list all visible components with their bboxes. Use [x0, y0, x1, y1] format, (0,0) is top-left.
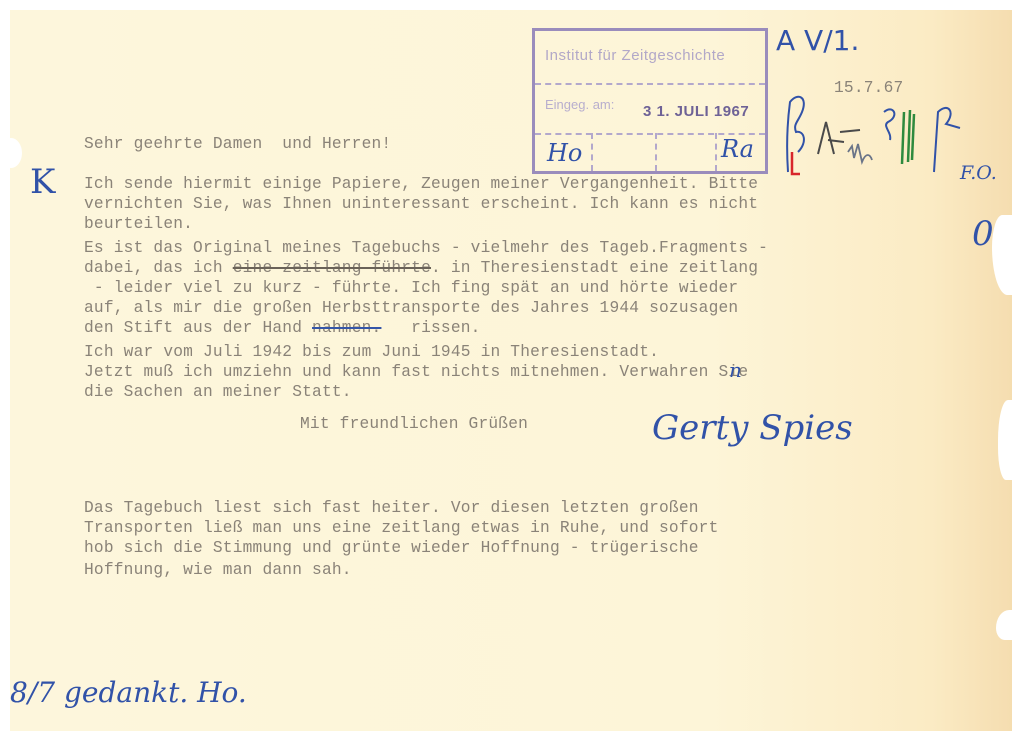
closing: Mit freundlichen Grüßen: [300, 414, 528, 434]
text-segment: . in Theresienstadt eine zeitlang: [431, 259, 758, 277]
struck-text: nahmen.: [312, 319, 381, 337]
fo-note: F.O.: [960, 162, 997, 184]
paragraph-1-line-2: vernichten Sie, was Ihnen uninteressant …: [84, 194, 758, 214]
stamp-cell: [657, 133, 717, 171]
salutation: Sehr geehrte Damen und Herren!: [84, 134, 391, 154]
stamp-institution: Institut für Zeitgeschichte: [545, 47, 725, 64]
paragraph-2-line-4: auf, als mir die großen Herbsttransporte…: [84, 298, 738, 318]
handwritten-initials-marks: [778, 82, 978, 182]
paragraph-1-line-3: beurteilen.: [84, 214, 193, 234]
margin-mark-right: 0: [972, 214, 994, 254]
struck-text: eine zeitlang führte: [233, 259, 431, 277]
text-segment: den Stift aus der Hand: [84, 319, 312, 337]
torn-edge: [998, 400, 1018, 480]
stamp-received-date: 3 1. JULI 1967: [643, 103, 749, 120]
paragraph-2-line-6: Ich war vom Juli 1942 bis zum Juni 1945 …: [84, 342, 659, 362]
paragraph-2-line-7: Jetzt muß ich umziehn und kann fast nich…: [84, 362, 748, 382]
torn-edge: [996, 610, 1018, 640]
paragraph-2-line-3: - leider viel zu kurz - führte. Ich fing…: [84, 278, 738, 298]
signature: Gerty Spies: [652, 408, 853, 448]
stamp-received-label: Eingeg. am:: [545, 97, 614, 112]
paragraph-1-line-1: Ich sende hiermit einige Papiere, Zeugen…: [84, 174, 758, 194]
margin-mark-k: K: [30, 162, 55, 202]
postscript-line-1: Das Tagebuch liest sich fast heiter. Vor…: [84, 498, 699, 518]
archive-reference: A V/1.: [776, 24, 859, 57]
text-segment: rissen.: [381, 319, 480, 337]
postscript-line-2: Transporten ließ man uns eine zeitlang e…: [84, 518, 719, 538]
stamp-initials-ra: Ra: [721, 135, 754, 163]
text-segment: dabei, das ich: [84, 259, 233, 277]
stamp-cell: [593, 133, 657, 171]
paragraph-2-line-5: den Stift aus der Hand nahmen. rissen.: [84, 318, 481, 338]
correction-n: n: [729, 358, 742, 382]
torn-edge: [992, 215, 1018, 295]
bottom-handwritten-note: 8/7 gedankt. Ho.: [10, 676, 247, 709]
received-stamp: Institut für Zeitgeschichte Eingeg. am: …: [532, 28, 768, 174]
paragraph-2-line-1: Es ist das Original meines Tagebuchs - v…: [84, 238, 768, 258]
postscript-line-4: Hoffnung, wie man dann sah.: [84, 560, 352, 580]
paragraph-2-line-8: die Sachen an meiner Statt.: [84, 382, 352, 402]
postscript-line-3: hob sich die Stimmung und grünte wieder …: [84, 538, 699, 558]
paragraph-2-line-2: dabei, das ich eine zeitlang führte. in …: [84, 258, 758, 278]
punch-hole: [0, 138, 22, 168]
stamp-initials-ho: Ho: [547, 139, 582, 167]
